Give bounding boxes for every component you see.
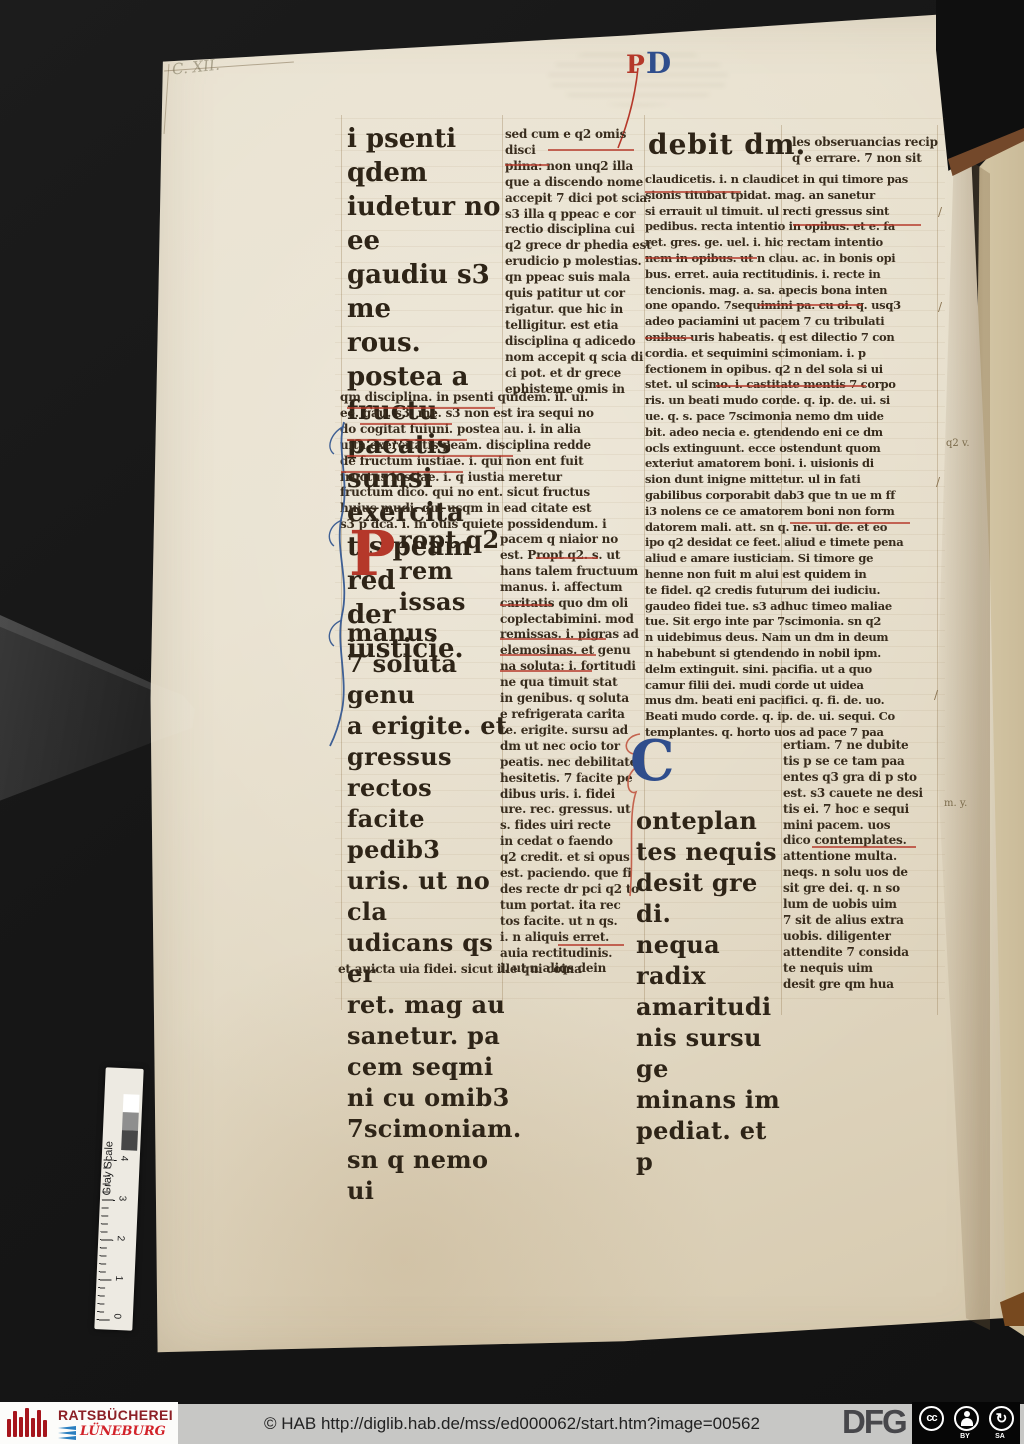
gray-swatch-mid	[122, 1112, 139, 1131]
gloss-block-wide: qm disciplina. in psenti quidem. il. ui.…	[340, 390, 645, 533]
digitized-manuscript-photo: C. XII. P D i psenti qdem iudetur no ee …	[0, 0, 1024, 1444]
rubric-underline	[758, 304, 862, 306]
cc-by-label: BY	[952, 1433, 978, 1440]
dfg-logo: DFG	[842, 1403, 906, 1441]
text-column-a-main-text: ropt q2 rem issas manus 7 soluta genu a …	[347, 525, 522, 1205]
text-column-c-small: ertiam. 7 ne dubite tis p se ce tam paa …	[783, 738, 941, 993]
margin-note: q2 v.	[946, 438, 970, 449]
rubric-underline	[716, 385, 866, 387]
margin-mark: /	[934, 688, 938, 702]
text-column-b-top: sed cum e q2 omis disci plina: non unq2 …	[505, 127, 657, 397]
cc-license-badge: cc ↻ BY SA	[912, 1402, 1020, 1444]
rubric-underline	[500, 638, 606, 640]
gray-swatch-white	[123, 1094, 140, 1113]
gray-scale-ruler: Gray Scale 4 3 2 1 0	[94, 1067, 143, 1330]
rubric-underline	[347, 407, 495, 409]
ruler-number: 4	[118, 1155, 130, 1167]
ruler-number: 0	[111, 1313, 123, 1325]
rubric-underline	[536, 557, 598, 559]
person-icon	[964, 1411, 970, 1417]
text-column-a-main: ropt q2 rem issas manus 7 soluta genu a …	[347, 524, 519, 1206]
rubric-underline	[347, 455, 513, 457]
rubric-underline	[645, 337, 693, 339]
running-title-blue-letter: D	[646, 46, 671, 80]
ruler-number: 2	[114, 1235, 126, 1247]
cc-icon: cc	[919, 1406, 944, 1431]
rubric-underline	[645, 257, 757, 259]
text-column-c-heading: debit dm.	[648, 128, 806, 161]
rubric-underline	[790, 522, 910, 524]
rubric-underline	[500, 670, 592, 672]
cc-sa-icon: ↻	[989, 1406, 1014, 1431]
margin-mark: /	[938, 205, 942, 219]
rubric-underline	[500, 604, 552, 606]
initial-spacer	[347, 524, 399, 588]
margin-mark: /	[936, 475, 940, 489]
rubric-underline	[812, 846, 916, 848]
rubric-underline	[341, 471, 463, 473]
text-column-c-lemma-text: onteplan tes nequis desit gre di. nequa …	[636, 806, 780, 1176]
rubric-underline	[558, 944, 624, 946]
rubric-underline	[793, 224, 921, 226]
running-title-red-letter: P	[626, 50, 645, 79]
text-column-c-lemma: onteplan tes nequis desit gre di. nequa …	[636, 737, 786, 1177]
rubric-underline	[360, 423, 452, 425]
text-column-c-intro: les obseruancias recip q e errare. 7 non…	[792, 135, 947, 167]
gray-swatch-dark	[121, 1130, 138, 1151]
cc-by-icon	[954, 1406, 979, 1431]
margin-note: m. y.	[944, 798, 967, 809]
initial-spacer	[636, 737, 682, 805]
rubric-underline	[347, 439, 467, 441]
rubric-underline	[505, 164, 549, 166]
ruler-number: 1	[113, 1275, 125, 1287]
rubric-underline	[500, 654, 596, 656]
ruler-number: 3	[116, 1195, 128, 1207]
rubric-underline	[548, 149, 634, 151]
margin-mark: /	[938, 300, 942, 314]
cc-sa-label: SA	[987, 1433, 1013, 1440]
rubric-underline	[645, 191, 741, 193]
